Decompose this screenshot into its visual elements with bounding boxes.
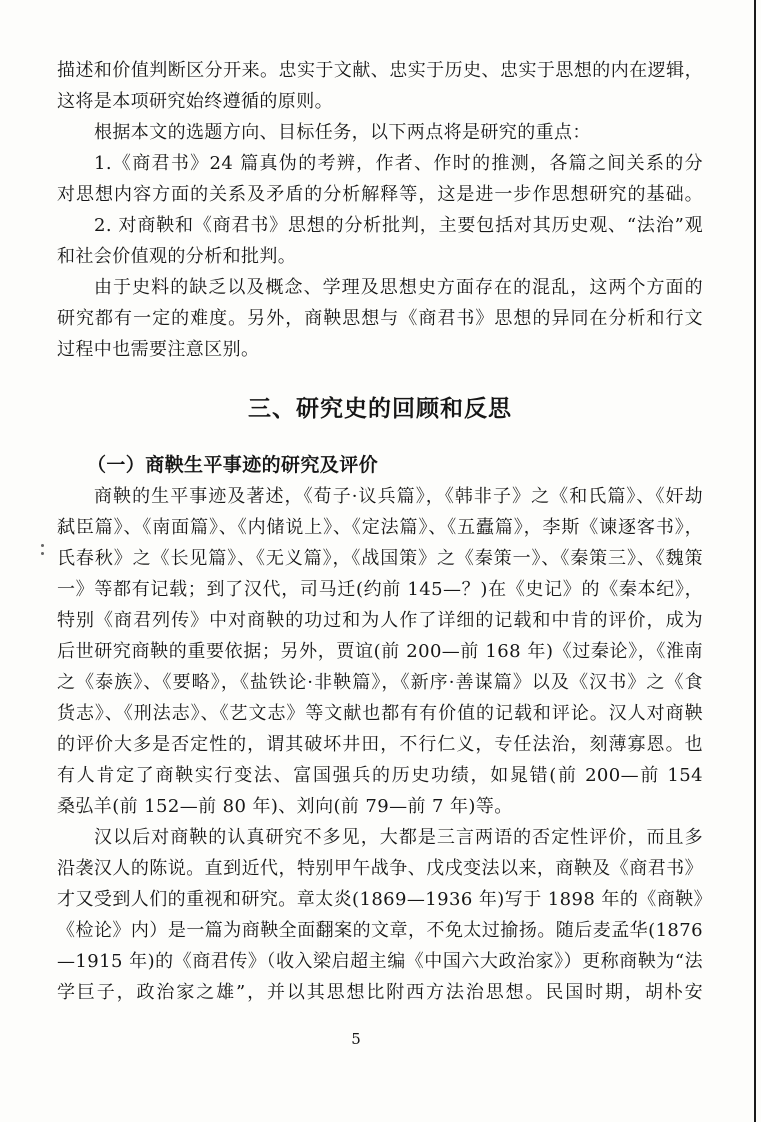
text-line: 研究都有一定的难度。另外，商鞅思想与《商君书》思想的异同在分析和行文 <box>57 303 703 334</box>
text-line: 汉以后对商鞅的认真研究不多见，大都是三言两语的否定性评价，而且多 <box>57 822 703 853</box>
text-line: 后世研究商鞅的重要依据；另外，贾谊(前 200—前 168 年)《过秦论》，《淮… <box>57 636 703 667</box>
text-line: 氏春秋》之《长见篇》、《无义篇》，《战国策》之《秦策一》、《秦策三》、《魏策 <box>57 543 703 574</box>
text-line: 商鞅的生平事迹及著述，《荀子·议兵篇》，《韩非子》之《和氏篇》、《奸劫 <box>57 481 703 512</box>
text-line: 之《泰族》、《要略》，《盐铁论·非鞅篇》，《新序·善谋篇》以及《汉书》之《食 <box>57 667 703 698</box>
text-line: 弑臣篇》、《南面篇》、《内储说上》、《定法篇》、《五蠹篇》，李斯《谏逐客书》，《… <box>57 512 703 543</box>
text-line: 根据本文的选题方向、目标任务，以下两点将是研究的重点： <box>57 117 703 148</box>
text-block: 描述和价值判断区分开来。忠实于文献、忠实于历史、忠实于思想的内在逻辑，这将是本项… <box>57 55 703 1008</box>
scan-artifact-dots <box>41 544 44 547</box>
text-line: 2. 对商鞅和《商君书》思想的分析批判，主要包括对其历史观、“法治”观 <box>57 210 703 241</box>
text-line: 的评价大多是否定性的，谓其破坏井田，不行仁义，专任法治，刻薄寡恩。也 <box>57 729 703 760</box>
text-line: 《检论》内）是一篇为商鞅全面翻案的文章，不免太过揄扬。随后麦孟华(1876 <box>57 915 703 946</box>
subsection-heading: （一）商鞅生平事迹的研究及评价 <box>57 450 703 481</box>
page-number: 5 <box>344 1030 368 1048</box>
text-line: 学巨子，政治家之雄”，并以其思想比附西方法治思想。民国时期，胡朴安(1878 <box>57 977 703 1008</box>
text-line: 和社会价值观的分析和批判。 <box>57 241 703 272</box>
text-line: 货志》、《刑法志》、《艺文志》等文献也都有有价值的记载和评论。汉人对商鞅 <box>57 698 703 729</box>
section-heading: 三、研究史的回顾和反思 <box>57 391 703 427</box>
text-line: 由于史料的缺乏以及概念、学理及思想史方面存在的混乱，这两个方面的 <box>57 272 703 303</box>
scanned-document-page: 描述和价值判断区分开来。忠实于文献、忠实于历史、忠实于思想的内在逻辑，这将是本项… <box>0 0 761 1122</box>
text-line: 对思想内容方面的关系及矛盾的分析解释等，这是进一步作思想研究的基础。 <box>57 179 703 210</box>
text-line: 沿袭汉人的陈说。直到近代，特别甲午战争、戊戌变法以来，商鞅及《商君书》 <box>57 853 703 884</box>
text-line: 一》等都有记载；到了汉代，司马迁(约前 145—？)在《史记》的《秦本纪》， <box>57 574 703 605</box>
text-line: —1915 年)的《商君传》（收入梁启超主编《中国六大政治家》）更称商鞅为“法 <box>57 946 703 977</box>
text-line: 才又受到人们的重视和研究。章太炎(1869—1936 年)写于 1898 年的《… <box>57 884 703 915</box>
text-line: 描述和价值判断区分开来。忠实于文献、忠实于历史、忠实于思想的内在逻辑， <box>57 55 703 86</box>
text-line: 1.《商君书》24 篇真伪的考辨，作者、作时的推测，各篇之间关系的分析， <box>57 148 703 179</box>
text-line: 特别《商君列传》中对商鞅的功过和为人作了详细的记载和中肯的评价，成为 <box>57 605 703 636</box>
text-line: 桑弘羊(前 152—前 80 年)、刘向(前 79—前 7 年)等。 <box>57 791 703 822</box>
text-line: 这将是本项研究始终遵循的原则。 <box>57 86 703 117</box>
page-edge-scan-line <box>754 0 756 1122</box>
text-line: 过程中也需要注意区别。 <box>57 334 703 365</box>
text-line: 有人肯定了商鞅实行变法、富国强兵的历史功绩，如晁错(前 200—前 154 年)… <box>57 760 703 791</box>
